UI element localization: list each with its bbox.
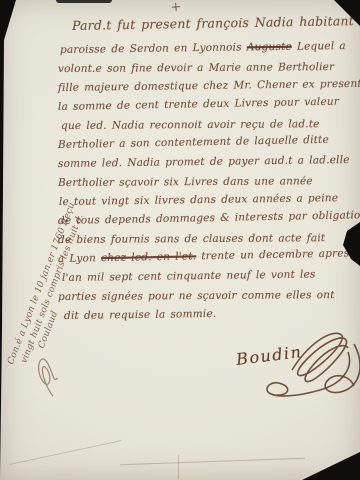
line-text: de biens fournis sans de clauses dont ac…	[58, 232, 325, 246]
line-text: fille majeure domestique chez Mr. Chener…	[58, 78, 360, 94]
line-text: Bertholier a son contentement de laquell…	[58, 134, 329, 151]
paper-edge-tear	[56, 0, 112, 3]
scanned-document: + Pard.t fut present françois Nadia habi…	[0, 0, 360, 480]
manuscript-line: l'an mil sept cent cinquante neuf le von…	[62, 265, 350, 288]
manuscript-line: Pard.t fut present françois Nadia habita…	[72, 11, 350, 35]
line-text: que led. Nadia reconnoit avoir reçu de l…	[61, 118, 320, 132]
manuscript-line: somme led. Nadia promet de payer aud.t a…	[58, 151, 350, 174]
paper-crease	[9, 440, 122, 465]
line-text: somme led. Nadia promet de payer aud.t a…	[58, 154, 350, 170]
line-text: parties signées pour ne sçavoir comme el…	[58, 289, 335, 303]
line-text: l'an mil sept cent cinquante neuf le von…	[62, 268, 316, 284]
paper-crease	[120, 458, 305, 465]
struck-text: chez led. en l'et.	[101, 250, 196, 264]
paper-crease	[178, 455, 179, 479]
line-text: la somme de cent trente deux Livres pour…	[58, 96, 339, 113]
line-text: Lequel a	[292, 40, 346, 53]
struck-text: Auguste	[247, 41, 292, 54]
paper-sheet: + Pard.t fut present françois Nadia habi…	[0, 0, 360, 480]
manuscript-line: paroisse de Serdon en Lyonnois Auguste L…	[60, 37, 350, 60]
line-text: de tous depends dommages & interests par…	[58, 209, 360, 227]
signature-boudin: Boudin	[236, 332, 360, 402]
manuscript-line: dit deu requise la sommie.	[64, 303, 350, 326]
line-text: paroisse de Serdon en Lyonnois	[60, 41, 247, 56]
line-text: dit deu requise la sommie.	[64, 308, 217, 322]
manuscript-body: Pard.t fut present françois Nadia habita…	[58, 16, 350, 326]
signature-flourish	[264, 326, 360, 404]
line-text: Pard.t fut present françois Nadia habita…	[72, 13, 360, 33]
line-text: trente un decembre apresmidy	[196, 247, 360, 262]
line-text: volont.e son fine devoir a Marie anne Be…	[58, 61, 334, 75]
